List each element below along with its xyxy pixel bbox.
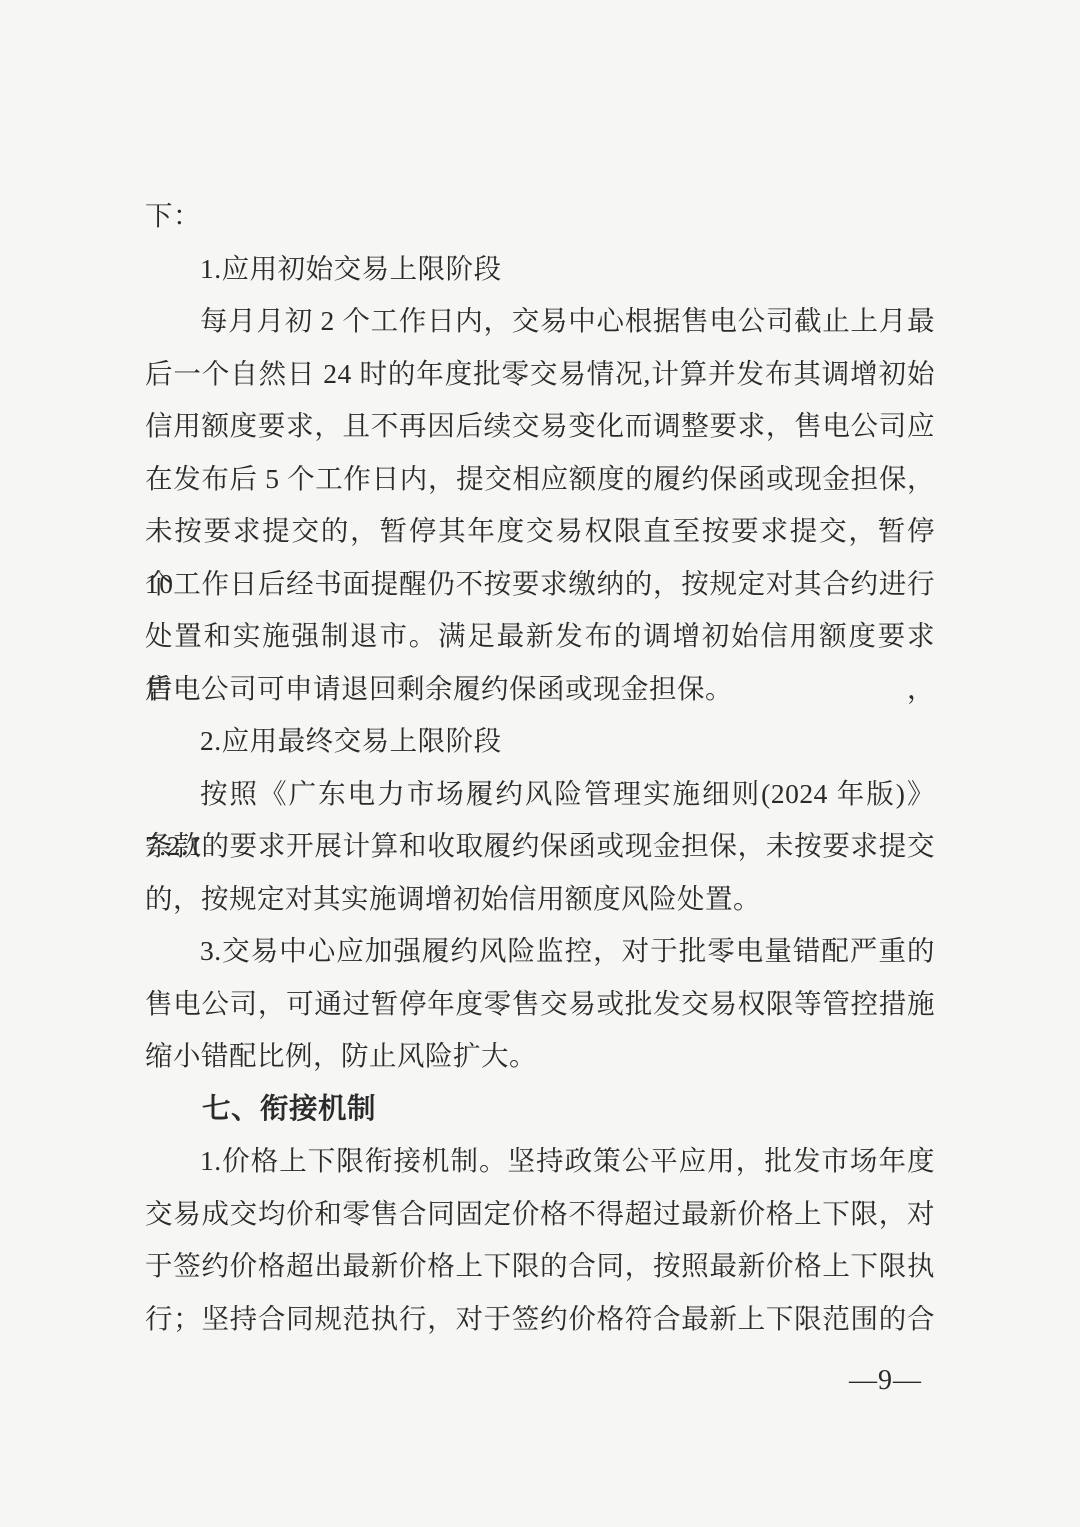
text-line: 缩小错配比例，防止风险扩大。 (145, 1030, 935, 1083)
document-text-block: 下： 1.应用初始交易上限阶段 每月月初 2 个工作日内，交易中心根据售电公司截… (145, 190, 935, 1345)
text-line: 行；坚持合同规范执行，对于签约价格符合最新上下限范围的合 (145, 1293, 935, 1346)
text-line: 交易成交均价和零售合同固定价格不得超过最新价格上下限，对 (145, 1188, 935, 1241)
text-line: 个工作日后经书面提醒仍不按要求缴纳的，按规定对其合约进行 (145, 558, 935, 611)
text-line: 未按要求提交的，暂停其年度交易权限直至按要求提交，暂停 10 (145, 505, 935, 558)
list-item-heading: 1.应用初始交易上限阶段 (145, 243, 935, 296)
text-line: 信用额度要求，且不再因后续交易变化而调整要求，售电公司应 (145, 400, 935, 453)
text-line: 1.价格上下限衔接机制。坚持政策公平应用，批发市场年度 (145, 1135, 935, 1188)
text-line: 处置和实施强制退市。满足最新发布的调增初始信用额度要求后， (145, 610, 935, 663)
text-line: 售电公司，可通过暂停年度零售交易或批发交易权限等管控措施 (145, 978, 935, 1031)
text-line: 的，按规定对其实施调增初始信用额度风险处置。 (145, 873, 935, 926)
document-page: 下： 1.应用初始交易上限阶段 每月月初 2 个工作日内，交易中心根据售电公司截… (0, 0, 1080, 1527)
text-line: 在发布后 5 个工作日内，提交相应额度的履约保函或现金担保， (145, 453, 935, 506)
text-line: 后一个自然日 24 时的年度批零交易情况,计算并发布其调增初始 (145, 348, 935, 401)
text-line: 3.交易中心应加强履约风险监控，对于批零电量错配严重的 (145, 925, 935, 978)
section-heading: 七、衔接机制 (145, 1083, 935, 1136)
text-line: 每月月初 2 个工作日内，交易中心根据售电公司截止上月最 (145, 295, 935, 348)
text-line: 条款的要求开展计算和收取履约保函或现金担保，未按要求提交 (145, 820, 935, 873)
page-number: —9— (849, 1365, 922, 1397)
list-item-heading: 2.应用最终交易上限阶段 (145, 715, 935, 768)
text-line: 按照《广东电力市场履约风险管理实施细则(2024 年版)》7.2.1 (145, 768, 935, 821)
text-line: 于签约价格超出最新价格上下限的合同，按照最新价格上下限执 (145, 1240, 935, 1293)
text-line: 下： (145, 190, 935, 243)
